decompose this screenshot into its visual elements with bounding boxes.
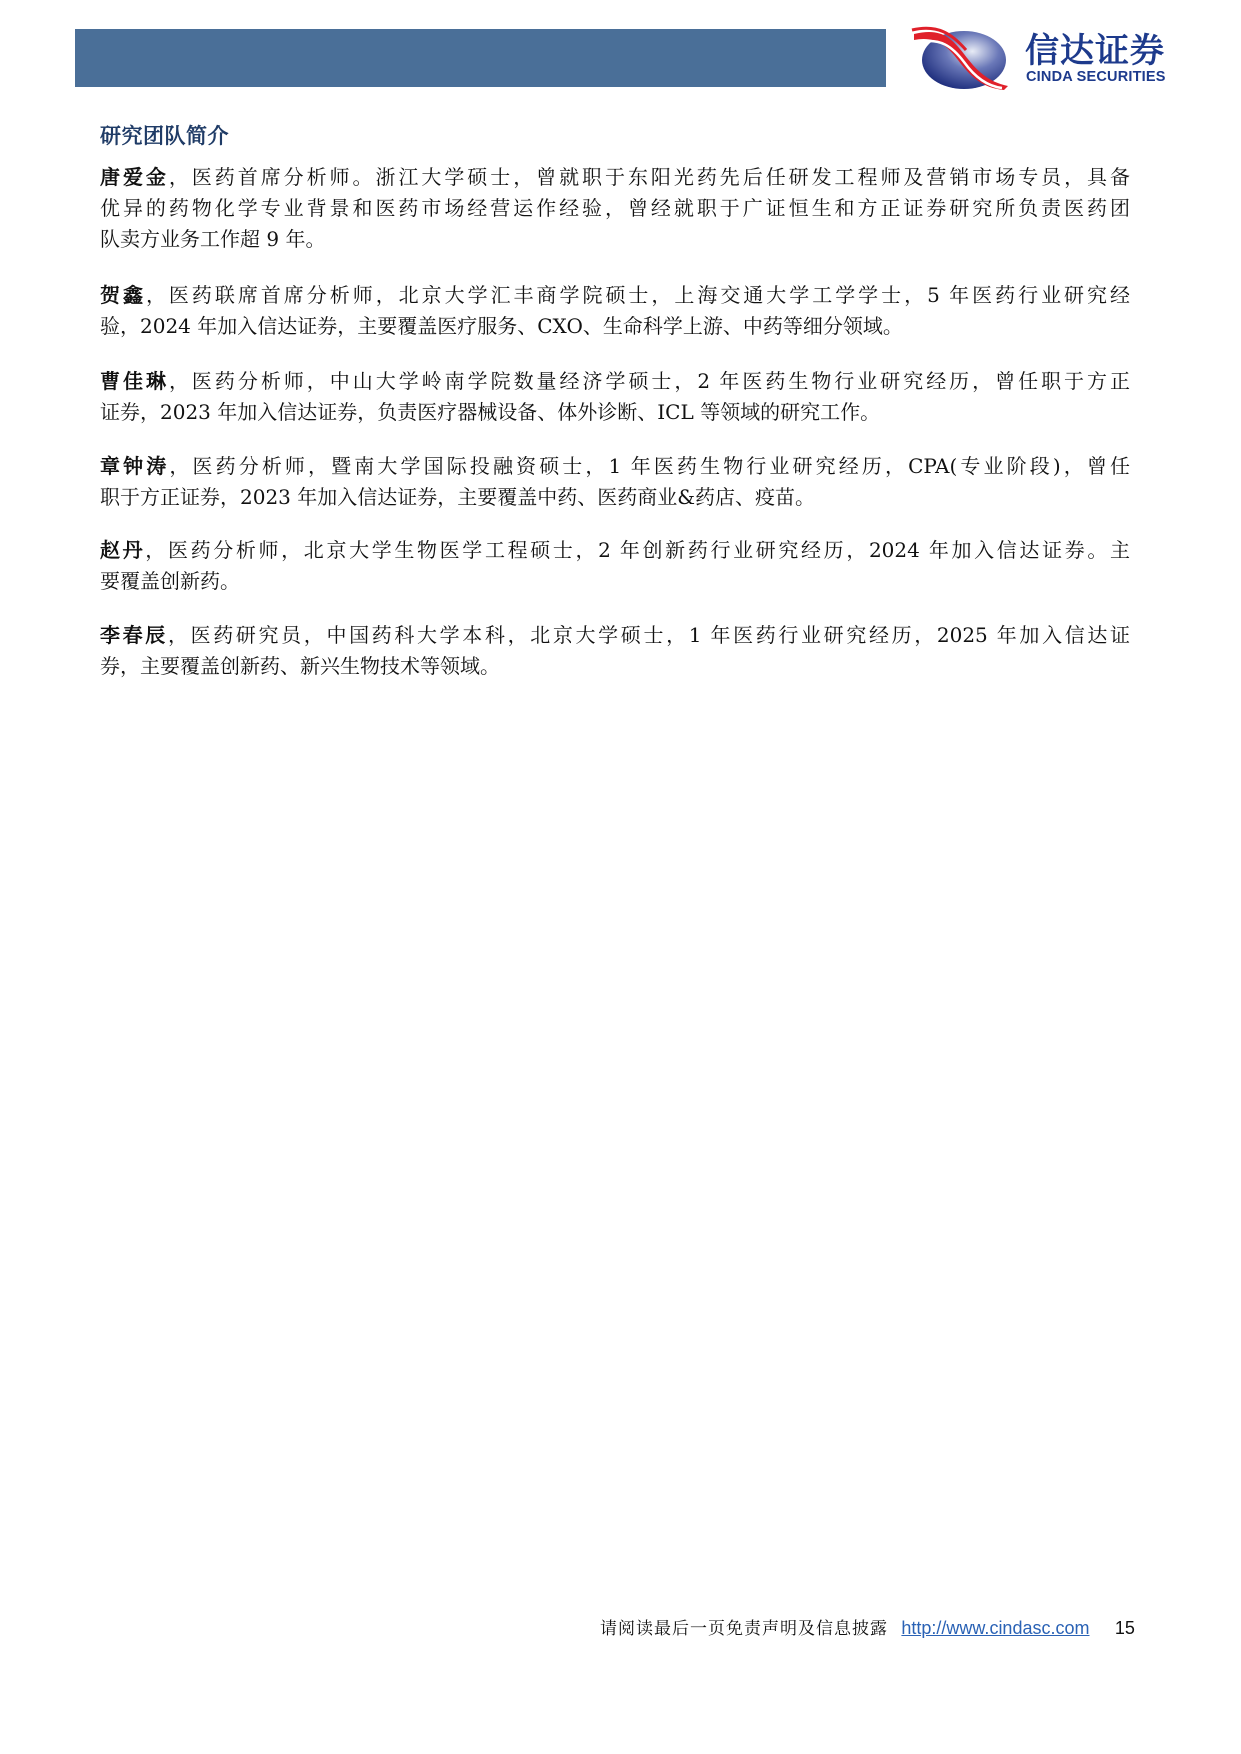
bio-line: 队卖方业务工作超 9 年。 [100,224,1130,255]
logo-name-en: CINDA SECURITIES [1026,69,1166,85]
member-name: 章钟涛 [100,454,169,478]
cinda-logo-emblem-icon [910,26,1010,92]
bio-text: ，医药分析师，暨南大学国际投融资硕士，1 年医药生物行业研究经历，CPA(专业阶… [169,454,1130,478]
team-member-bio: 曹佳琳，医药分析师，中山大学岭南学院数量经济学硕士，2 年医药生物行业研究经历，… [100,366,1130,428]
bio-text: 证券，2023 年加入信达证券，负责医疗器械设备、体外诊断、ICL 等领域的研究… [100,400,880,424]
footer-disclaimer: 请阅读最后一页免责声明及信息披露 [600,1619,888,1639]
bio-line: 证券，2023 年加入信达证券，负责医疗器械设备、体外诊断、ICL 等领域的研究… [100,397,1130,428]
bio-line: 贺鑫，医药联席首席分析师，北京大学汇丰商学院硕士，上海交通大学工学学士，5 年医… [100,280,1130,311]
cinda-securities-logo: 信达证券 CINDA SECURITIES [910,26,1210,92]
footer-website-link[interactable]: http://www.cindasc.com [901,1618,1089,1638]
bio-line: 赵丹，医药分析师，北京大学生物医学工程硕士，2 年创新药行业研究经历，2024 … [100,535,1130,566]
bio-text: ，医药研究员，中国药科大学本科，北京大学硕士，1 年医药行业研究经历，2025 … [168,623,1130,647]
bio-text: 验，2024 年加入信达证券，主要覆盖医疗服务、CXO、生命科学上游、中药等细分… [100,314,903,338]
team-member-bio: 章钟涛，医药分析师，暨南大学国际投融资硕士，1 年医药生物行业研究经历，CPA(… [100,451,1130,513]
team-member-bio: 贺鑫，医药联席首席分析师，北京大学汇丰商学院硕士，上海交通大学工学学士，5 年医… [100,280,1130,342]
member-name: 唐爱金 [100,165,169,189]
member-name: 曹佳琳 [100,369,169,393]
team-member-bio: 李春辰，医药研究员，中国药科大学本科，北京大学硕士，1 年医药行业研究经历，20… [100,620,1130,682]
bio-text: ，医药分析师，中山大学岭南学院数量经济学硕士，2 年医药生物行业研究经历，曾任职… [169,369,1130,393]
header-bar [75,29,886,87]
team-member-bio: 赵丹，医药分析师，北京大学生物医学工程硕士，2 年创新药行业研究经历，2024 … [100,535,1130,597]
bio-line: 要覆盖创新药。 [100,566,1130,597]
member-name: 贺鑫 [100,283,146,307]
bio-text: 职于方正证券，2023 年加入信达证券，主要覆盖中药、医药商业&药店、疫苗。 [100,485,815,509]
bio-line: 曹佳琳，医药分析师，中山大学岭南学院数量经济学硕士，2 年医药生物行业研究经历，… [100,366,1130,397]
bio-line: 章钟涛，医药分析师，暨南大学国际投融资硕士，1 年医药生物行业研究经历，CPA(… [100,451,1130,482]
member-name: 李春辰 [100,623,168,647]
bio-text: ，医药首席分析师。浙江大学硕士，曾就职于东阳光药先后任研发工程师及营销市场专员，… [169,165,1130,189]
bio-text: 要覆盖创新药。 [100,569,240,593]
bio-line: 李春辰，医药研究员，中国药科大学本科，北京大学硕士，1 年医药行业研究经历，20… [100,620,1130,651]
bio-text: ，医药分析师，北京大学生物医学工程硕士，2 年创新药行业研究经历，2024 年加… [145,538,1130,562]
bio-text: 优异的药物化学专业背景和医药市场经营运作经验，曾经就职于广证恒生和方正证券研究所… [100,196,1130,220]
bio-text: 券，主要覆盖创新药、新兴生物技术等领域。 [100,654,500,678]
team-member-bio: 唐爱金，医药首席分析师。浙江大学硕士，曾就职于东阳光药先后任研发工程师及营销市场… [100,162,1130,255]
page-footer: 请阅读最后一页免责声明及信息披露 http://www.cindasc.com … [600,1613,1135,1643]
logo-name-cn: 信达证券 [1025,32,1165,70]
page-number: 15 [1115,1618,1135,1638]
bio-line: 券，主要覆盖创新药、新兴生物技术等领域。 [100,651,1130,682]
bio-line: 优异的药物化学专业背景和医药市场经营运作经验，曾经就职于广证恒生和方正证券研究所… [100,193,1130,224]
section-title: 研究团队简介 [100,120,229,150]
bio-line: 唐爱金，医药首席分析师。浙江大学硕士，曾就职于东阳光药先后任研发工程师及营销市场… [100,162,1130,193]
bio-text: ，医药联席首席分析师，北京大学汇丰商学院硕士，上海交通大学工学学士，5 年医药行… [146,283,1130,307]
bio-line: 验，2024 年加入信达证券，主要覆盖医疗服务、CXO、生命科学上游、中药等细分… [100,311,1130,342]
bio-line: 职于方正证券，2023 年加入信达证券，主要覆盖中药、医药商业&药店、疫苗。 [100,482,1130,513]
bio-text: 队卖方业务工作超 9 年。 [100,227,325,251]
member-name: 赵丹 [100,538,145,562]
